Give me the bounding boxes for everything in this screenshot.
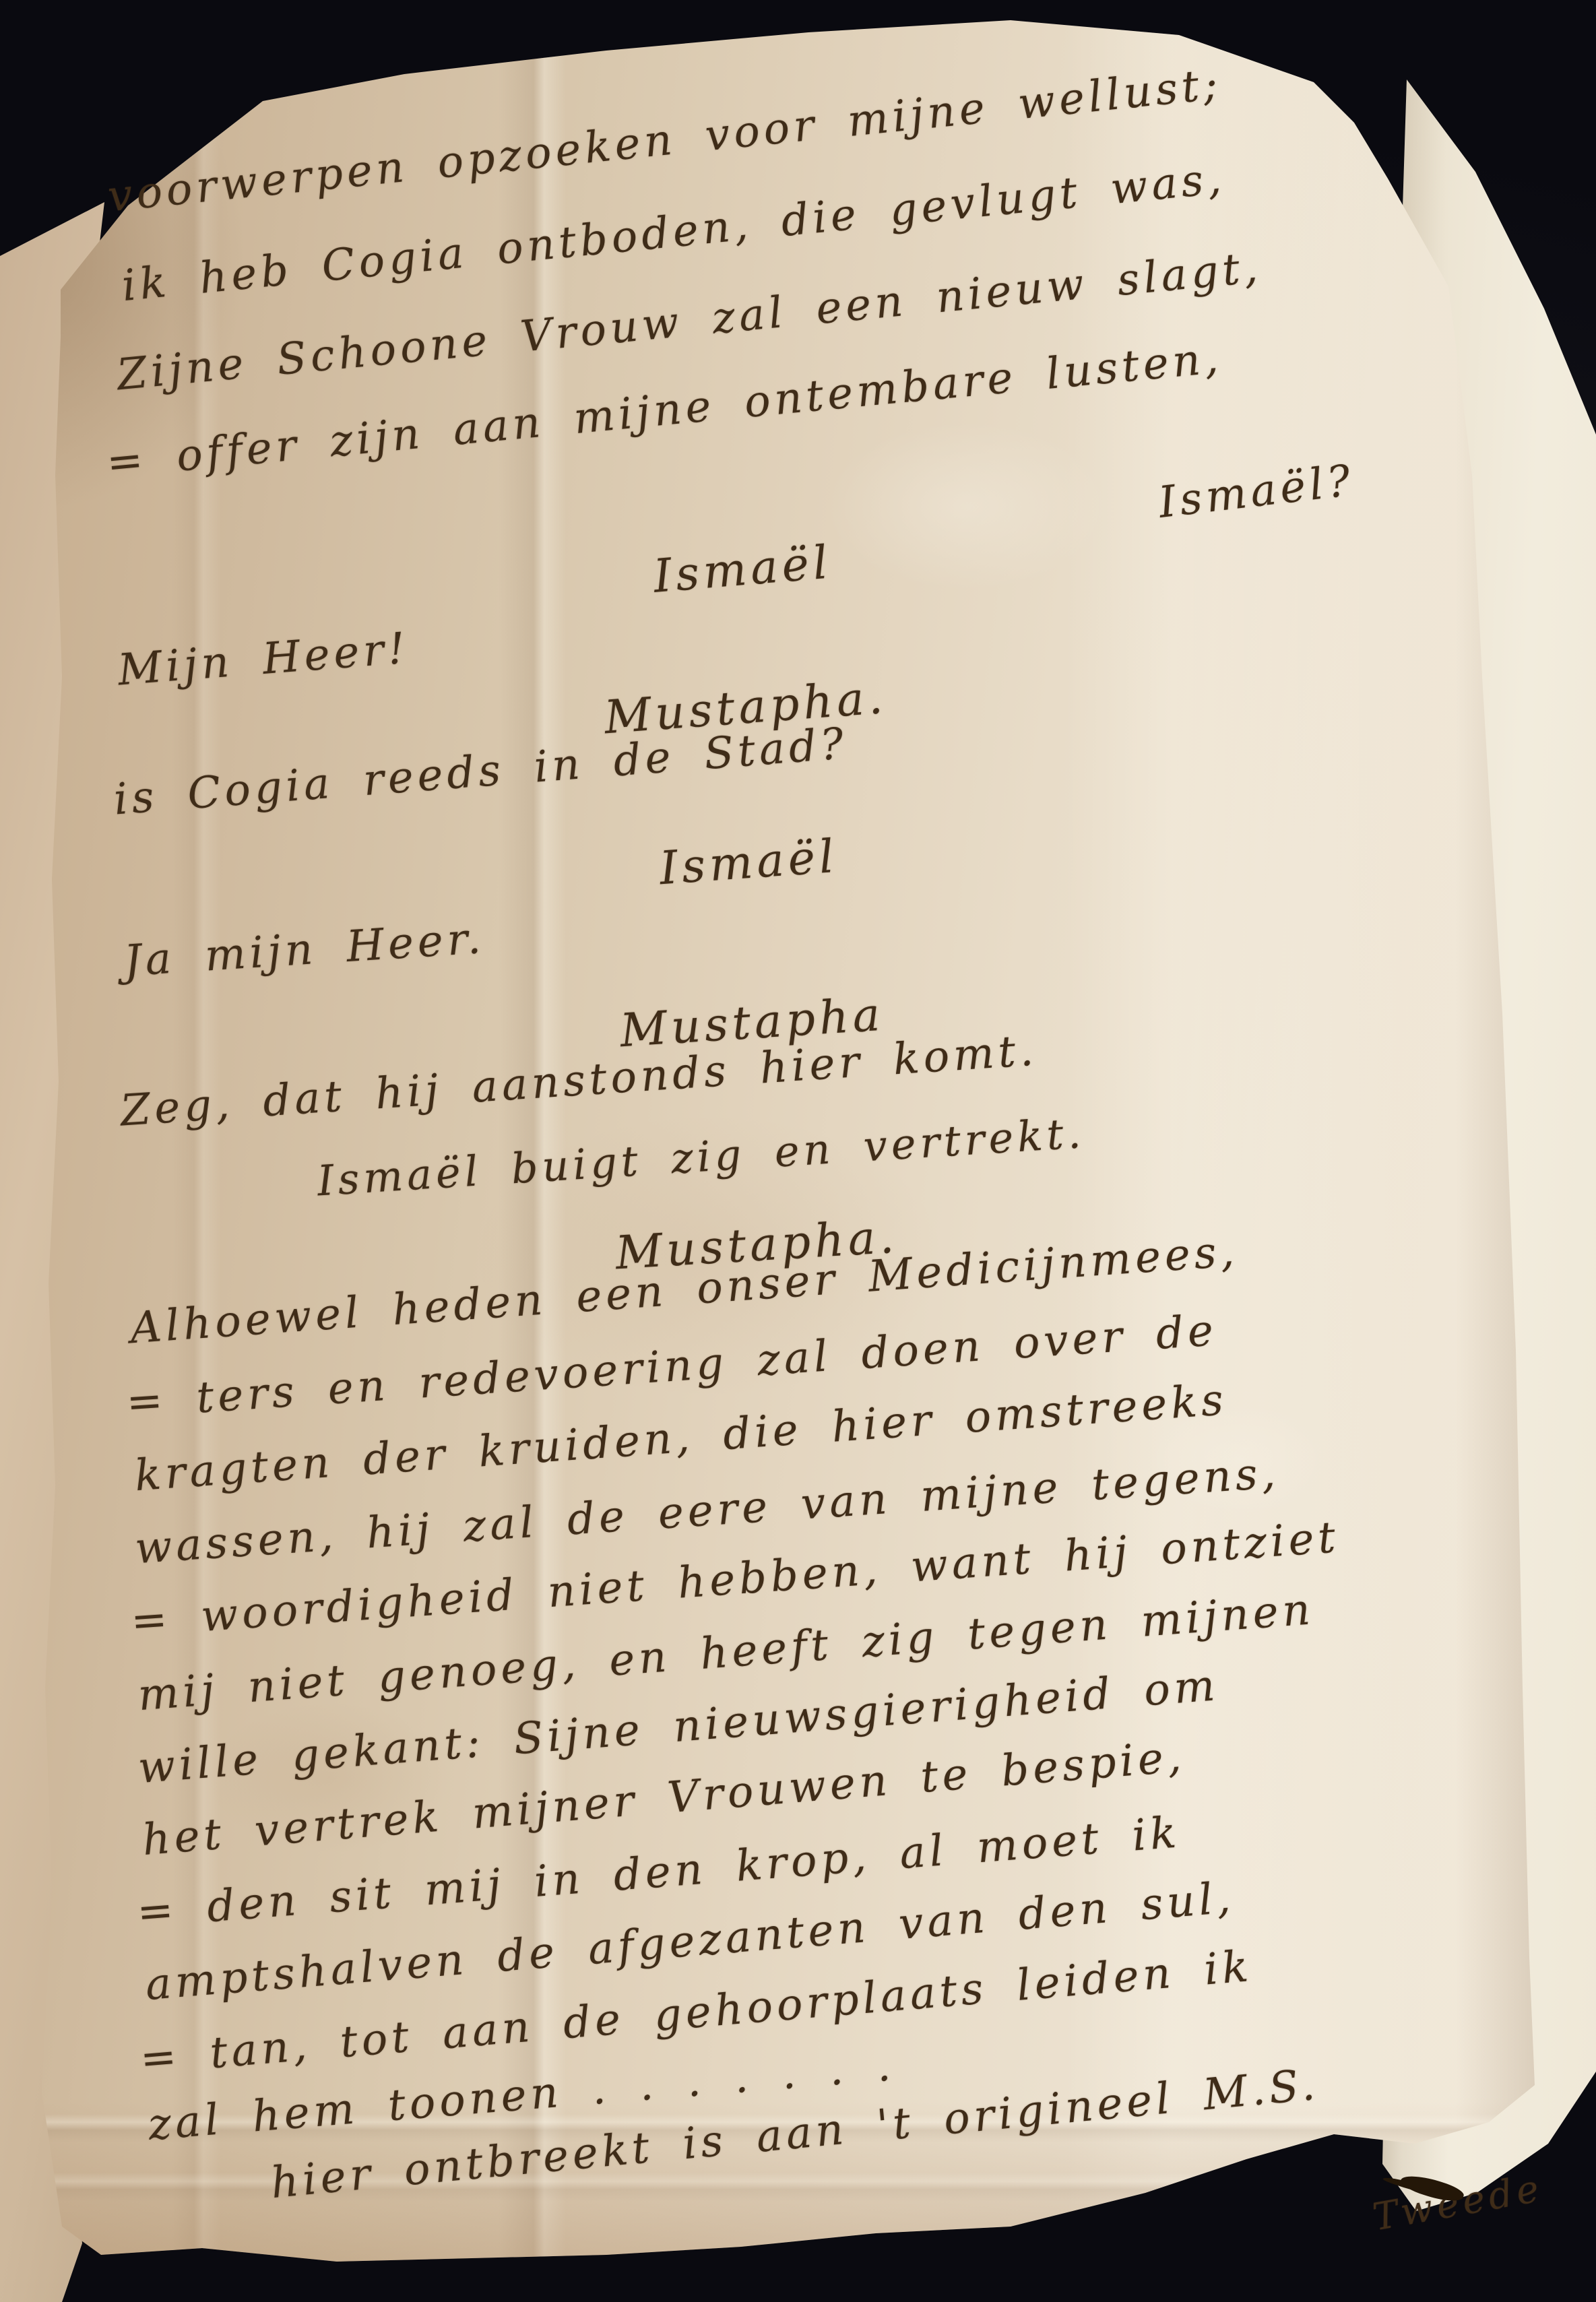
photograph-of-manuscript: { "document": { "language": "Dutch", "ty… [0,0,1596,2302]
manuscript-page [27,7,1543,2277]
